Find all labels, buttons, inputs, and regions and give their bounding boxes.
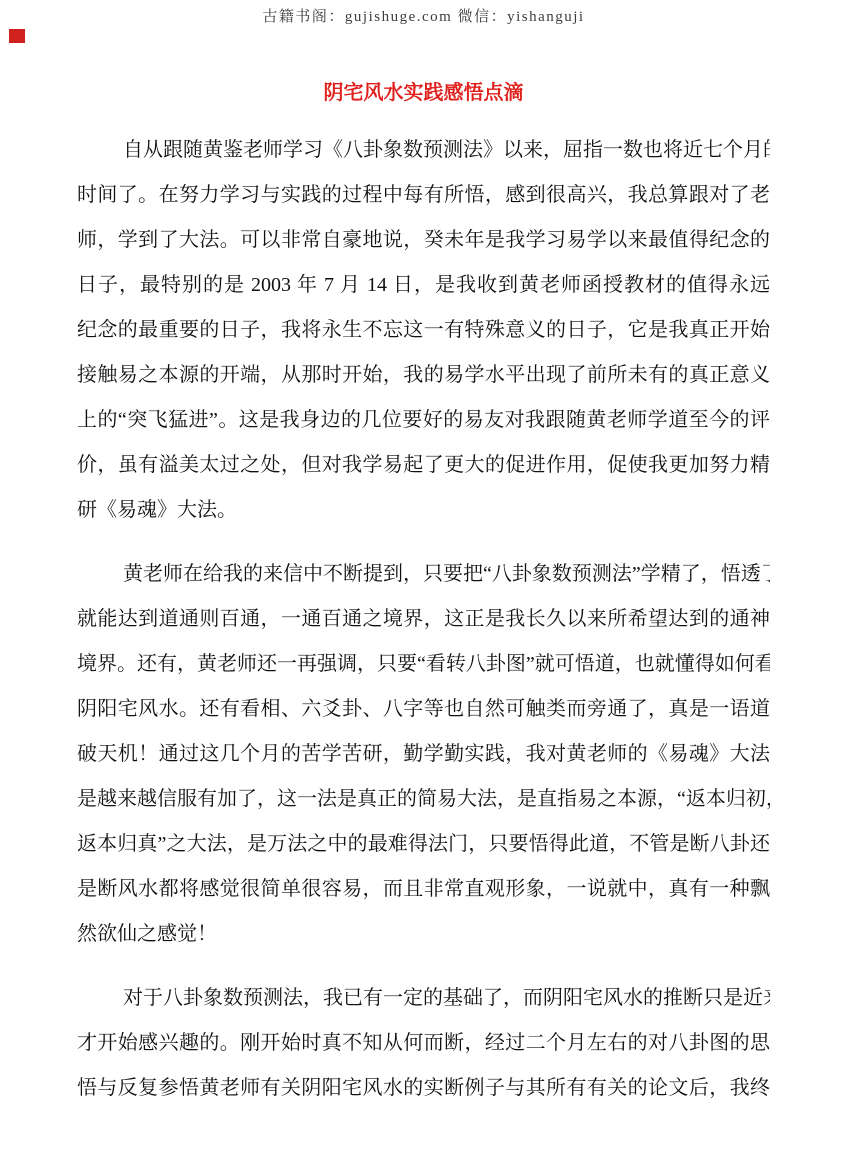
- text-line: 日子，最特别的是 2003 年 7 月 14 日，是我收到黄老师函授教材的值得永…: [77, 263, 770, 308]
- text-line: 返本归真”之大法，是万法之中的最难得法门，只要悟得此道，不管是断八卦还: [77, 822, 770, 867]
- paragraph: 对于八卦象数预测法，我已有一定的基础了，而阴阳宅风水的推断只是近来才开始感兴趣的…: [77, 976, 770, 1111]
- site-watermark-header: 古籍书阁：gujishuge.com 微信：yishanguji: [0, 5, 847, 26]
- text-line: 境界。还有，黄老师还一再强调，只要“看转八卦图”就可悟道，也就懂得如何看: [77, 642, 770, 687]
- text-line: 上的“突飞猛进”。这是我身边的几位要好的易友对我跟随黄老师学道至今的评: [77, 398, 770, 443]
- text-line: 悟与反复参悟黄老师有关阴阳宅风水的实断例子与其所有有关的论文后，我终: [77, 1066, 770, 1111]
- text-line: 黄老师在给我的来信中不断提到，只要把“八卦象数预测法”学精了，悟透了，: [77, 552, 770, 597]
- text-line: 师，学到了大法。可以非常自豪地说，癸未年是我学习易学以来最值得纪念的: [77, 218, 770, 263]
- page-title: 阴宅风水实践感悟点滴: [0, 76, 847, 105]
- text-line: 纪念的最重要的日子，我将永生不忘这一有特殊意义的日子，它是我真正开始: [77, 308, 770, 353]
- text-line: 才开始感兴趣的。刚开始时真不知从何而断，经过二个月左右的对八卦图的思: [77, 1021, 770, 1066]
- text-line: 破天机！通过这几个月的苦学苦研，勤学勤实践，我对黄老师的《易魂》大法: [77, 732, 770, 777]
- paragraph: 自从跟随黄鉴老师学习《八卦象数预测法》以来，屈指一数也将近七个月的时间了。在努力…: [77, 128, 770, 533]
- text-line: 然欲仙之感觉！: [77, 912, 770, 957]
- document-page: 古籍书阁：gujishuge.com 微信：yishanguji 阴宅风水实践感…: [0, 0, 847, 1153]
- paragraph: 黄老师在给我的来信中不断提到，只要把“八卦象数预测法”学精了，悟透了，就能达到道…: [77, 552, 770, 957]
- text-line: 自从跟随黄鉴老师学习《八卦象数预测法》以来，屈指一数也将近七个月的: [77, 128, 770, 173]
- text-line: 阴阳宅风水。还有看相、六爻卦、八字等也自然可触类而旁通了，真是一语道: [77, 687, 770, 732]
- text-line: 是断风水都将感觉很简单很容易，而且非常直观形象，一说就中，真有一种飘: [77, 867, 770, 912]
- text-line: 是越来越信服有加了，这一法是真正的简易大法，是直指易之本源，“返本归初，: [77, 777, 770, 822]
- text-line: 时间了。在努力学习与实践的过程中每有所悟，感到很高兴，我总算跟对了老: [77, 173, 770, 218]
- document-body: 自从跟随黄鉴老师学习《八卦象数预测法》以来，屈指一数也将近七个月的时间了。在努力…: [77, 128, 770, 1130]
- text-line: 就能达到道通则百通，一通百通之境界，这正是我长久以来所希望达到的通神: [77, 597, 770, 642]
- text-line: 研《易魂》大法。: [77, 488, 770, 533]
- text-line: 接触易之本源的开端，从那时开始，我的易学水平出现了前所未有的真正意义: [77, 353, 770, 398]
- text-line: 价，虽有溢美太过之处，但对我学易起了更大的促进作用，促使我更加努力精: [77, 443, 770, 488]
- text-line: 对于八卦象数预测法，我已有一定的基础了，而阴阳宅风水的推断只是近来: [77, 976, 770, 1021]
- red-stamp-mark: [9, 29, 25, 43]
